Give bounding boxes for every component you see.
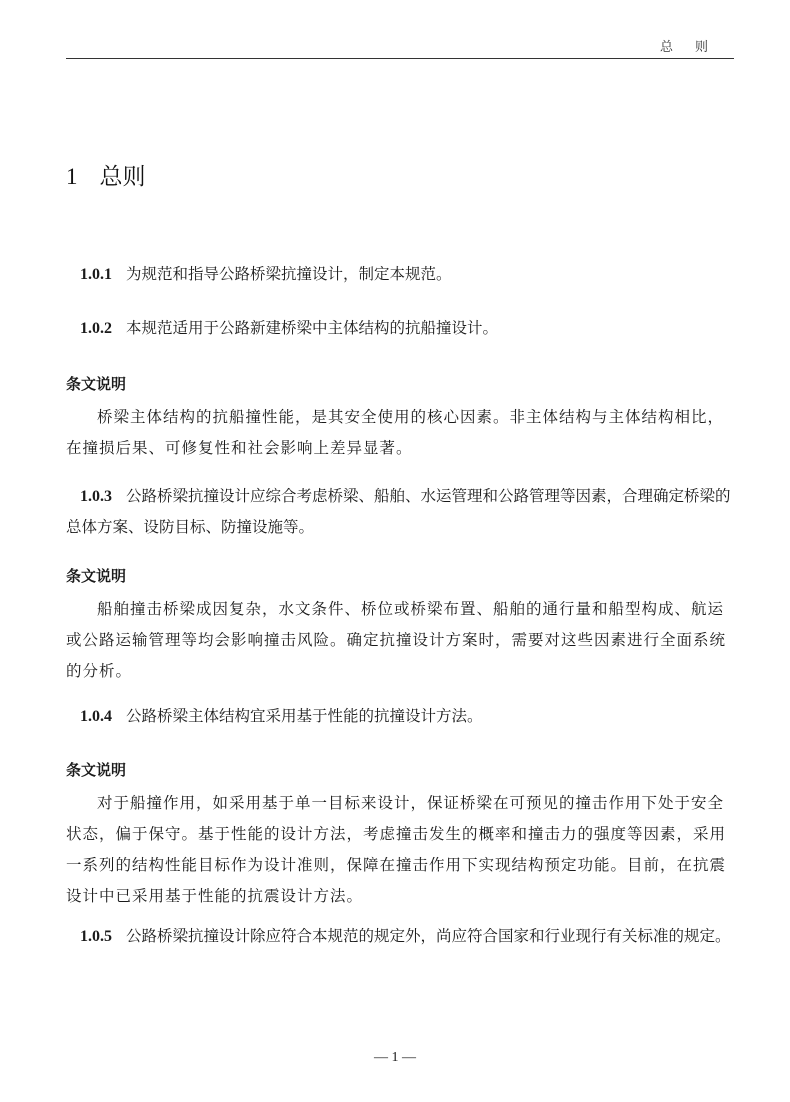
explanation-heading: 条文说明 bbox=[66, 759, 126, 780]
chapter-number: 1 bbox=[66, 164, 78, 189]
running-header-title: 总则 bbox=[660, 36, 730, 55]
clause-number: 1.0.4 bbox=[80, 708, 112, 725]
clause-number: 1.0.5 bbox=[80, 928, 112, 945]
page-number: — 1 — bbox=[0, 1050, 790, 1066]
explanation-body: 对于船撞作用，如采用基于单一目标来设计，保证桥梁在可预见的撞击作用下处于安全状态… bbox=[66, 788, 738, 912]
chapter-title: 1总则 bbox=[66, 158, 146, 191]
explanation-heading: 条文说明 bbox=[66, 565, 126, 586]
clause-number: 1.0.3 bbox=[80, 488, 112, 505]
clause-1-0-1: 1.0.1为规范和指导公路桥梁抗撞设计，制定本规范。 bbox=[66, 259, 736, 290]
clause-text: 本规范适用于公路新建桥梁中主体结构的抗船撞设计。 bbox=[126, 319, 498, 337]
chapter-title-text: 总则 bbox=[100, 164, 146, 190]
clause-text: 公路桥梁主体结构宜采用基于性能的抗撞设计方法。 bbox=[126, 707, 483, 725]
clause-number: 1.0.2 bbox=[80, 320, 112, 337]
clause-1-0-2: 1.0.2本规范适用于公路新建桥梁中主体结构的抗船撞设计。 bbox=[66, 313, 736, 344]
clause-1-0-4: 1.0.4公路桥梁主体结构宜采用基于性能的抗撞设计方法。 bbox=[66, 701, 736, 732]
explanation-body: 桥梁主体结构的抗船撞性能，是其安全使用的核心因素。非主体结构与主体结构相比，在撞… bbox=[66, 402, 738, 464]
clause-1-0-3: 1.0.3公路桥梁抗撞设计应综合考虑桥梁、船舶、水运管理和公路管理等因素，合理确… bbox=[66, 481, 736, 543]
clause-number: 1.0.1 bbox=[80, 266, 112, 283]
clause-text: 为规范和指导公路桥梁抗撞设计，制定本规范。 bbox=[126, 265, 452, 283]
clause-1-0-5: 1.0.5公路桥梁抗撞设计除应符合本规范的规定外，尚应符合国家和行业现行有关标准… bbox=[66, 921, 736, 952]
explanation-heading: 条文说明 bbox=[66, 373, 126, 394]
clause-text: 公路桥梁抗撞设计除应符合本规范的规定外，尚应符合国家和行业现行有关标准的规定。 bbox=[126, 927, 731, 945]
running-header: 总则 bbox=[66, 30, 734, 59]
clause-text: 公路桥梁抗撞设计应综合考虑桥梁、船舶、水运管理和公路管理等因素，合理确定桥梁的总… bbox=[66, 487, 731, 536]
explanation-body: 船舶撞击桥梁成因复杂，水文条件、桥位或桥梁布置、船舶的通行量和船型构成、航运或公… bbox=[66, 594, 738, 687]
